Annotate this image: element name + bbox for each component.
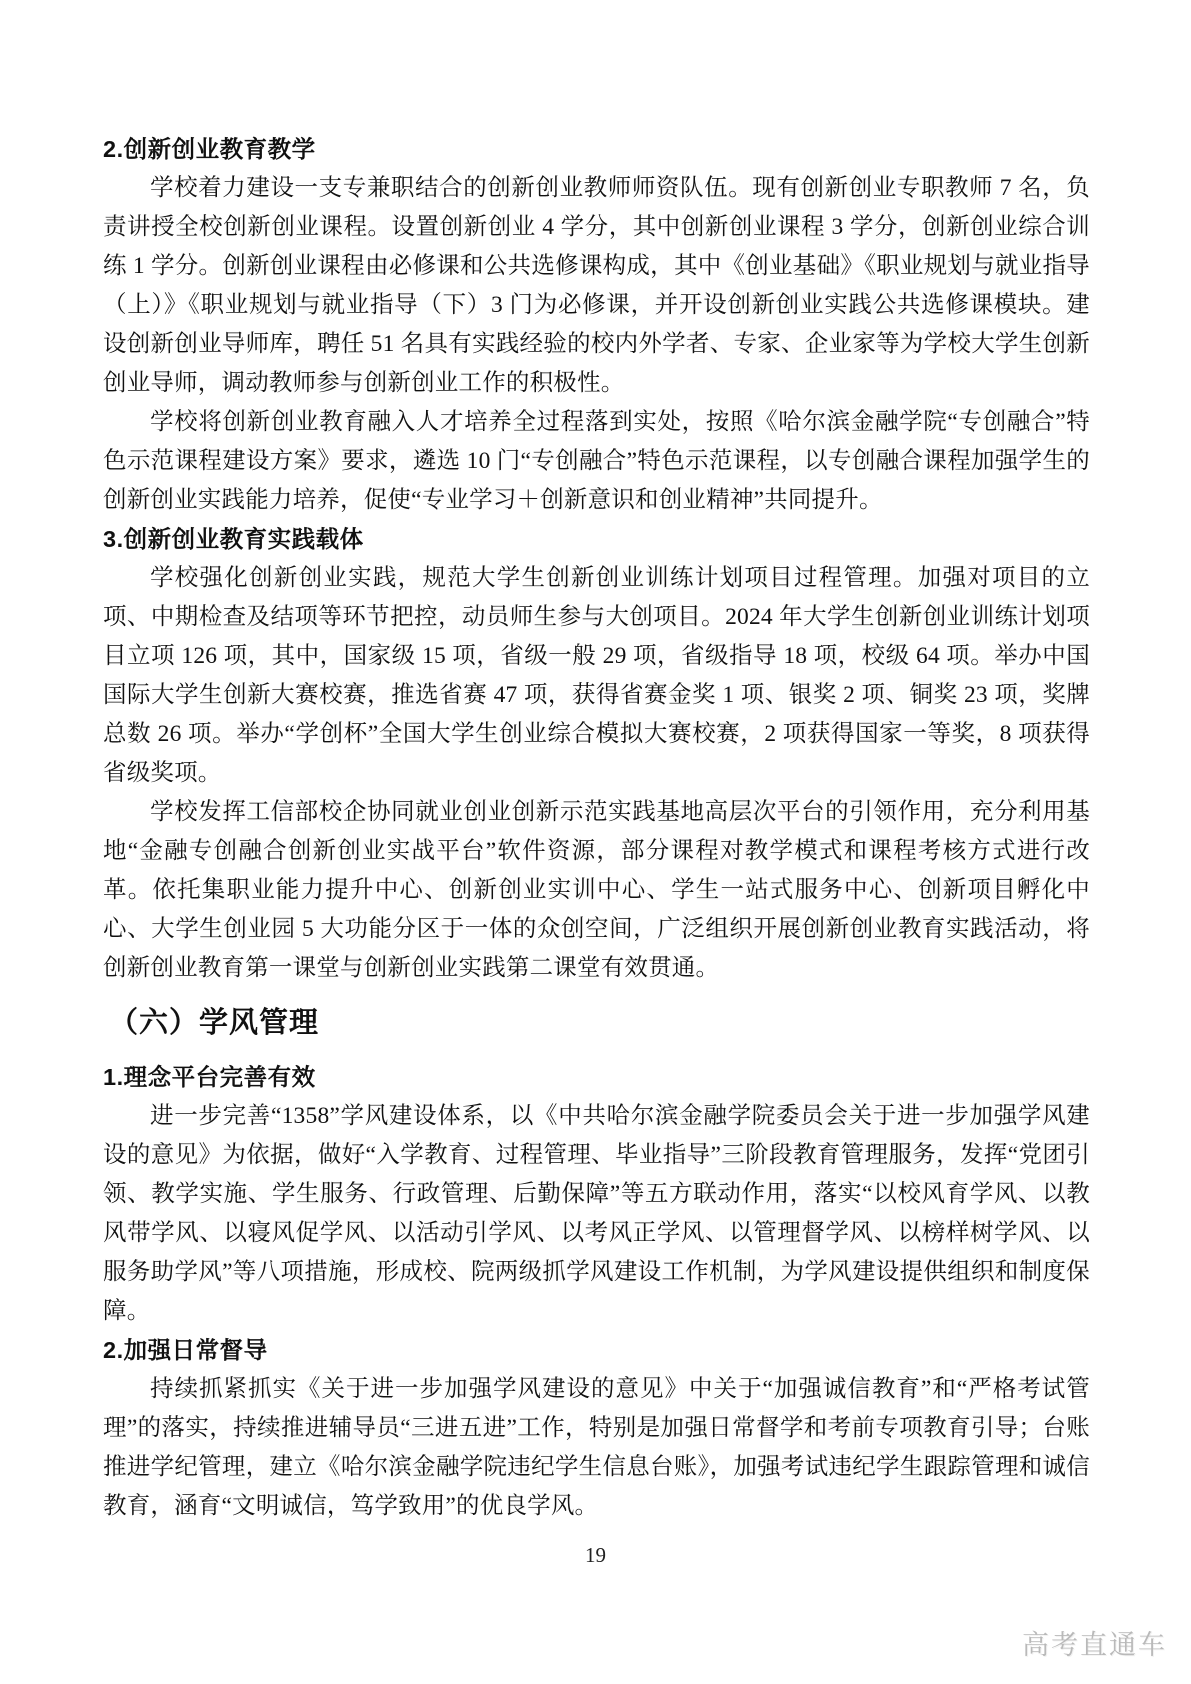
page-number: 19 [0,1540,1191,1570]
document-body: 2.创新创业教育教学学校着力建设一支专兼职结合的创新创业教师师资队伍。现有创新创… [103,130,1090,1526]
numbered-heading: 2.加强日常督导 [103,1331,1090,1370]
numbered-heading: 2.创新创业教育教学 [103,130,1090,169]
body-paragraph: 持续抓紧抓实《关于进一步加强学风建设的意见》中关于“加强诚信教育”和“严格考试管… [103,1370,1090,1526]
body-paragraph: 学校强化创新创业实践，规范大学生创新创业训练计划项目过程管理。加强对项目的立项、… [103,559,1090,793]
body-paragraph: 学校将创新创业教育融入人才培养全过程落到实处，按照《哈尔滨金融学院“专创融合”特… [103,403,1090,520]
numbered-heading: 3.创新创业教育实践载体 [103,520,1090,559]
section-heading: （六）学风管理 [109,1000,1090,1046]
body-paragraph: 进一步完善“1358”学风建设体系，以《中共哈尔滨金融学院委员会关于进一步加强学… [103,1097,1090,1331]
body-paragraph: 学校发挥工信部校企协同就业创业创新示范实践基地高层次平台的引领作用，充分利用基地… [103,793,1090,988]
body-paragraph: 学校着力建设一支专兼职结合的创新创业教师师资队伍。现有创新创业专职教师 7 名，… [103,169,1090,403]
document-page: 2.创新创业教育教学学校着力建设一支专兼职结合的创新创业教师师资队伍。现有创新创… [0,0,1191,1684]
watermark-text: 高考直通车 [1022,1628,1167,1662]
numbered-heading: 1.理念平台完善有效 [103,1058,1090,1097]
